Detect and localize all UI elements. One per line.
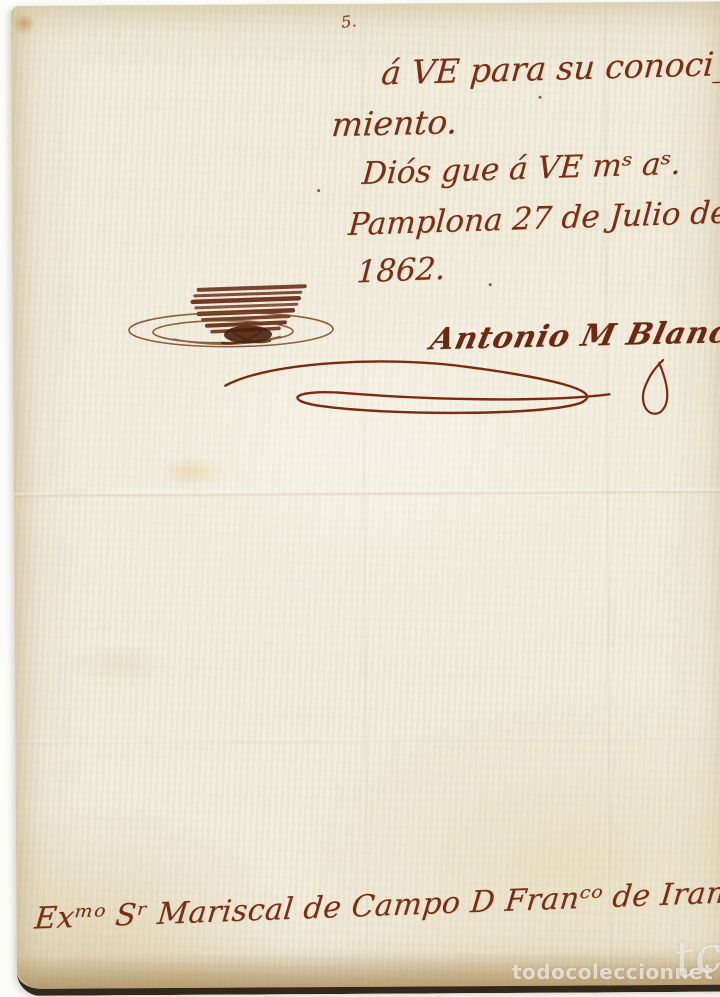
manuscript-line-5-year: 1862. <box>356 251 447 291</box>
manuscript-paper: 5. á VE para su conoci_ miento. Diós gue… <box>11 2 720 996</box>
signature-flourish <box>211 350 681 431</box>
signature: Antonio M Blanco <box>427 315 720 358</box>
document-photo: 5. á VE para su conoci_ miento. Diós gue… <box>0 0 720 997</box>
paper-stain <box>75 645 165 686</box>
ink-speck <box>317 189 320 192</box>
vertical-fold-crease <box>359 4 368 987</box>
horizontal-fold-crease <box>15 737 720 744</box>
paper-bottom-aging <box>17 951 720 989</box>
manuscript-line-1: á VE para su conoci_ <box>380 44 720 93</box>
ink-speck <box>539 96 542 99</box>
foxing-stain <box>12 13 36 35</box>
ink-blot-doodle <box>113 272 349 363</box>
manuscript-line-4-dateline: Pamplona 27 de Julio de <box>347 195 720 243</box>
manuscript-line-2: miento. <box>330 102 459 144</box>
manuscript-line-3: Diós gue á VE mˢ aˢ. <box>361 146 682 192</box>
ink-speck <box>489 283 492 286</box>
paper-stain <box>156 455 226 489</box>
horizontal-fold-crease <box>14 489 720 497</box>
addressee-line: Exᵐᵒ Sʳ Mariscal de Campo D Franᶜᵒ de Ir… <box>33 874 720 937</box>
page-number: 5. <box>340 11 357 32</box>
